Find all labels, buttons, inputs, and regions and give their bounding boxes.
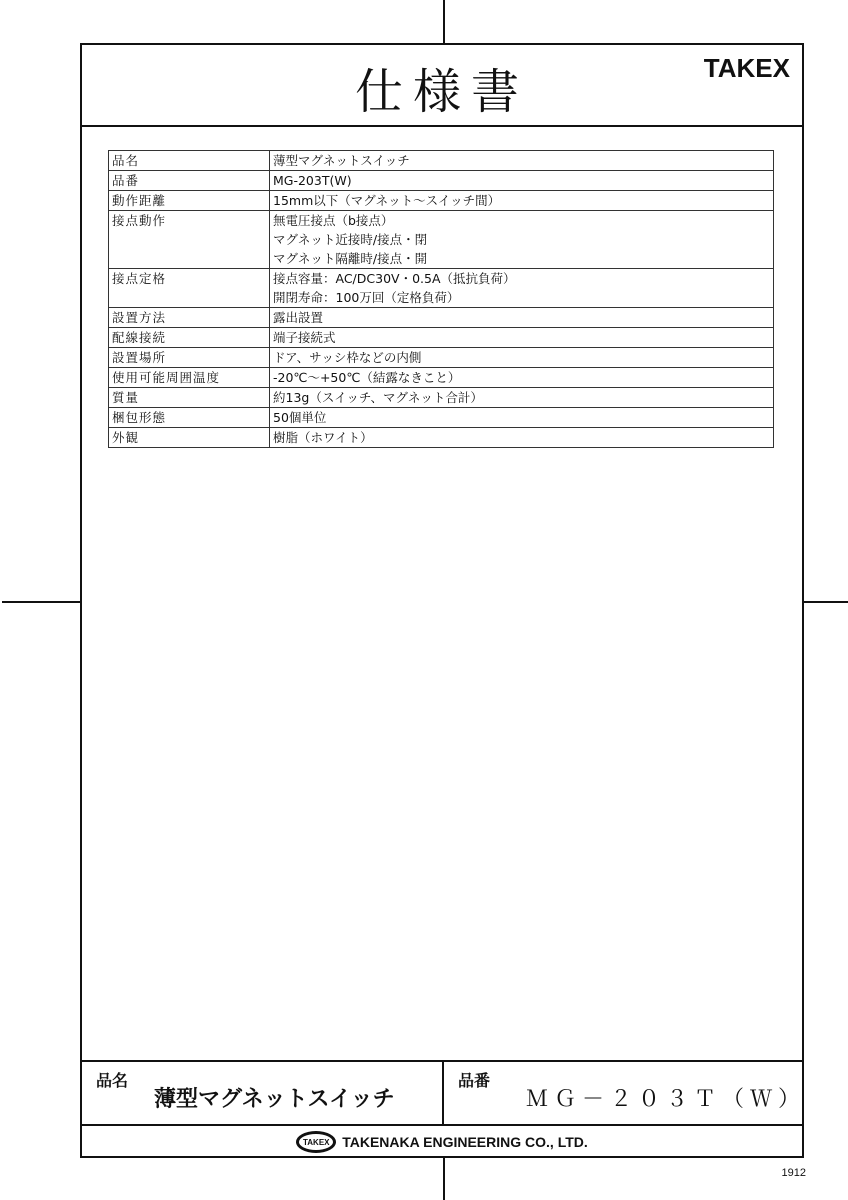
crop-mark-bottom [443, 1158, 445, 1200]
spec-label: 接点動作 [109, 211, 270, 269]
table-row: 使用可能周囲温度-20℃～+50℃（結露なきこと） [109, 368, 774, 388]
spec-value: マグネット隔離時/接点・開 [273, 249, 770, 268]
spec-label: 品番 [109, 171, 270, 191]
spec-value: 開閉寿命：100万回（定格負荷） [273, 288, 770, 307]
spec-value: 無電圧接点（b接点） [273, 211, 770, 230]
spec-value-cell: 約13g（スイッチ、マグネット合計） [270, 388, 774, 408]
spec-value: ドア、サッシ枠などの内側 [273, 348, 770, 367]
table-row: 質量約13g（スイッチ、マグネット合計） [109, 388, 774, 408]
product-number-value: ＭＧ－２０３Ｔ（Ｗ） [526, 1082, 802, 1113]
spec-value: マグネット近接時/接点・閉 [273, 230, 770, 249]
spec-label: 設置方法 [109, 308, 270, 328]
spec-label: 質量 [109, 388, 270, 408]
table-row: 品名薄型マグネットスイッチ [109, 151, 774, 171]
spec-label: 使用可能周囲温度 [109, 368, 270, 388]
spec-label: 梱包形態 [109, 408, 270, 428]
spec-value-cell: 薄型マグネットスイッチ [270, 151, 774, 171]
spec-value-cell: 露出設置 [270, 308, 774, 328]
spec-value: 50個単位 [273, 408, 770, 427]
title-block-row: 品名 薄型マグネットスイッチ 品番 ＭＧ－２０３Ｔ（Ｗ） [82, 1062, 802, 1126]
takex-logo-icon: TAKEX [296, 1131, 336, 1153]
spec-label: 動作距離 [109, 191, 270, 211]
page-title: 仕様書 [82, 53, 802, 122]
document-frame: 仕様書 TAKEX 品名薄型マグネットスイッチ品番MG-203T(W)動作距離1… [80, 43, 804, 1158]
product-number-cell: 品番 ＭＧ－２０３Ｔ（Ｗ） [444, 1062, 802, 1124]
product-name-value: 薄型マグネットスイッチ [154, 1082, 395, 1113]
spec-label: 配線接続 [109, 328, 270, 348]
spec-value: 薄型マグネットスイッチ [273, 151, 770, 170]
spec-value: 約13g（スイッチ、マグネット合計） [273, 388, 770, 407]
spec-value: 接点容量：AC/DC30V・0.5A（抵抗負荷） [273, 269, 770, 288]
document-number: 1912 [782, 1167, 806, 1179]
company-name: TAKENAKA ENGINEERING CO., LTD. [342, 1134, 588, 1150]
table-row: 梱包形態50個単位 [109, 408, 774, 428]
spec-label: 接点定格 [109, 269, 270, 308]
spec-label: 外観 [109, 428, 270, 448]
spec-value: MG-203T(W) [273, 171, 770, 190]
company-row: TAKEX TAKENAKA ENGINEERING CO., LTD. [82, 1126, 802, 1158]
table-row: 外観樹脂（ホワイト） [109, 428, 774, 448]
spec-value-cell: 接点容量：AC/DC30V・0.5A（抵抗負荷）開閉寿命：100万回（定格負荷） [270, 269, 774, 308]
spec-value-cell: MG-203T(W) [270, 171, 774, 191]
spec-value: 樹脂（ホワイト） [273, 428, 770, 447]
table-row: 動作距離15mm以下（マグネット～スイッチ間） [109, 191, 774, 211]
spec-value-cell: 15mm以下（マグネット～スイッチ間） [270, 191, 774, 211]
table-row: 配線接続端子接続式 [109, 328, 774, 348]
spec-value: 端子接続式 [273, 328, 770, 347]
table-row: 接点動作無電圧接点（b接点）マグネット近接時/接点・閉マグネット隔離時/接点・開 [109, 211, 774, 269]
spec-value-cell: 50個単位 [270, 408, 774, 428]
title-band: 仕様書 TAKEX [82, 45, 802, 127]
brand-logo: TAKEX [704, 53, 790, 84]
table-row: 設置方法露出設置 [109, 308, 774, 328]
spec-value-cell: 端子接続式 [270, 328, 774, 348]
spec-label: 品名 [109, 151, 270, 171]
crop-mark-left [2, 601, 80, 603]
spec-value-cell: 無電圧接点（b接点）マグネット近接時/接点・閉マグネット隔離時/接点・開 [270, 211, 774, 269]
crop-mark-right [804, 601, 848, 603]
spec-value-cell: 樹脂（ホワイト） [270, 428, 774, 448]
spec-value-cell: -20℃～+50℃（結露なきこと） [270, 368, 774, 388]
spec-value: 15mm以下（マグネット～スイッチ間） [273, 191, 770, 210]
title-block: 品名 薄型マグネットスイッチ 品番 ＭＧ－２０３Ｔ（Ｗ） TAKEX TAKEN… [82, 1060, 802, 1158]
product-name-label: 品名 [96, 1068, 128, 1091]
spec-value-cell: ドア、サッシ枠などの内側 [270, 348, 774, 368]
crop-mark-top [443, 0, 445, 43]
table-row: 品番MG-203T(W) [109, 171, 774, 191]
product-name-cell: 品名 薄型マグネットスイッチ [82, 1062, 444, 1124]
spec-value: -20℃～+50℃（結露なきこと） [273, 368, 770, 387]
spec-table: 品名薄型マグネットスイッチ品番MG-203T(W)動作距離15mm以下（マグネッ… [108, 150, 774, 448]
spec-value: 露出設置 [273, 308, 770, 327]
spec-label: 設置場所 [109, 348, 270, 368]
table-row: 接点定格接点容量：AC/DC30V・0.5A（抵抗負荷）開閉寿命：100万回（定… [109, 269, 774, 308]
product-number-label: 品番 [458, 1068, 490, 1091]
table-row: 設置場所ドア、サッシ枠などの内側 [109, 348, 774, 368]
